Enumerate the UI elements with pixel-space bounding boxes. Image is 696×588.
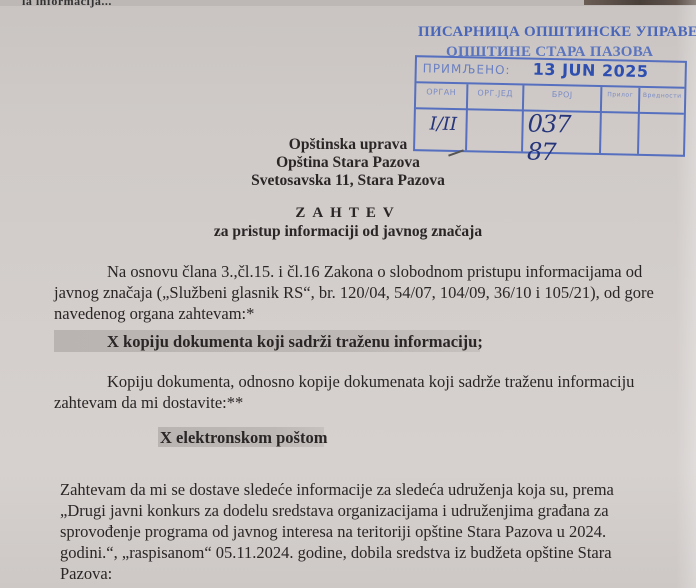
document-subtitle: za pristup informaciji od javnog značaja [0, 223, 696, 241]
intro-line-2: javnog značaja („Službeni glasnik RS“, b… [54, 283, 654, 303]
stamp-received-date: 13 JUN 2025 [533, 60, 649, 81]
intro-line-3: navedenog organa zahtevam:* [54, 304, 254, 324]
stamp-received-label: ПРИМЉЕНО: [423, 61, 511, 77]
recipient-line-3: Svetosavska 11, Stara Pazova [0, 172, 696, 190]
stamp-office-name: ПИСАРНИЦА ОПШТИНСКЕ УПРАВЕ [418, 24, 696, 41]
request-line-1: Zahtevam da mi se dostave sledeće inform… [60, 480, 614, 500]
stamp-organ-value: I/II [429, 113, 457, 135]
request-line-3: sprovođenje programa od javnog interesa … [60, 522, 606, 542]
recipient-line-1: Opštinska uprava [0, 136, 696, 154]
request-line-5: Pazova: [60, 564, 112, 584]
request-line-2: „Drugi javni konkurs za dodelu sredstava… [60, 501, 609, 521]
document-title: ZAHTEV [0, 205, 696, 222]
option-email: X elektronskom poštom [160, 428, 327, 448]
request-line-4: godini.“, „raspisanom“ 05.11.2024. godin… [60, 543, 612, 563]
delivery-line-1: Kopiju dokumenta, odnosno kopije dokumen… [107, 372, 634, 392]
delivery-line-2: zahtevam da mi dostavite:** [54, 393, 243, 413]
intro-line-1: Na osnovu člana 3.,čl.15. i čl.16 Zakona… [107, 262, 642, 282]
recipient-line-2: Opština Stara Pazova [0, 154, 696, 172]
previous-page-text: ia informacija... [22, 0, 112, 9]
option-copy: X kopiju dokumenta koji sadrži traženu i… [107, 332, 483, 352]
